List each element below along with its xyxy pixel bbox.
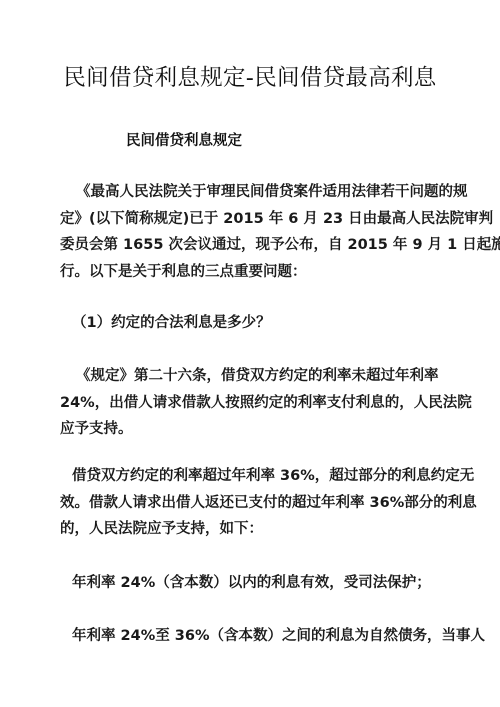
text-line: 效。借款人请求出借人返还已支付的超过年利率 36%部分的利息 xyxy=(60,490,477,517)
document-title: 民间借贷利息规定-民间借贷最高利息 xyxy=(0,64,500,92)
paragraph-over-36: 借贷双方约定的利率超过年利率 36%，超过部分的利息约定无 效。借款人请求出借人… xyxy=(60,463,477,543)
text-line: 年利率 24%（含本数）以内的利息有效，受司法保护； xyxy=(60,570,431,597)
paragraph-question-1: （1）约定的合法利息是多少？ xyxy=(60,310,271,337)
text-line: 《规定》第二十六条，借贷双方约定的利率未超过年利率 xyxy=(60,363,472,390)
paragraph-between-24-36: 年利率 24%至 36%（含本数）之间的利息为自然债务，当事人 xyxy=(60,623,485,650)
text-line: 委员会第 1655 次会议通过，现予公布，自 2015 年 9 月 1 日起施 xyxy=(60,232,500,259)
paragraph-intro: 《最高人民法院关于审理民间借贷案件适用法律若干问题的规 定》(以下简称规定)已于… xyxy=(60,179,500,285)
text-line: 《最高人民法院关于审理民间借贷案件适用法律若干问题的规 xyxy=(60,179,500,206)
text-line: 借贷双方约定的利率超过年利率 36%，超过部分的利息约定无 xyxy=(60,463,477,490)
question-heading: （1）约定的合法利息是多少？ xyxy=(60,310,271,337)
text-line: 24%，出借人请求借款人按照约定的利率支付利息的，人民法院 xyxy=(60,390,472,417)
text-line: 行。以下是关于利息的三点重要问题： xyxy=(60,259,500,286)
text-line: 的，人民法院应予支持，如下： xyxy=(60,516,477,543)
text-line: 定》(以下简称规定)已于 2015 年 6 月 23 日由最高人民法院审判 xyxy=(60,206,500,233)
text-line: 年利率 24%至 36%（含本数）之间的利息为自然债务，当事人 xyxy=(60,623,485,650)
document-page: 民间借贷利息规定-民间借贷最高利息 民间借贷利息规定 《最高人民法院关于审理民间… xyxy=(0,0,500,707)
paragraph-article-26: 《规定》第二十六条，借贷双方约定的利率未超过年利率 24%，出借人请求借款人按照… xyxy=(60,363,472,443)
paragraph-within-24: 年利率 24%（含本数）以内的利息有效，受司法保护； xyxy=(60,570,431,597)
document-subtitle: 民间借贷利息规定 xyxy=(126,131,242,151)
text-line: 应予支持。 xyxy=(60,416,472,443)
